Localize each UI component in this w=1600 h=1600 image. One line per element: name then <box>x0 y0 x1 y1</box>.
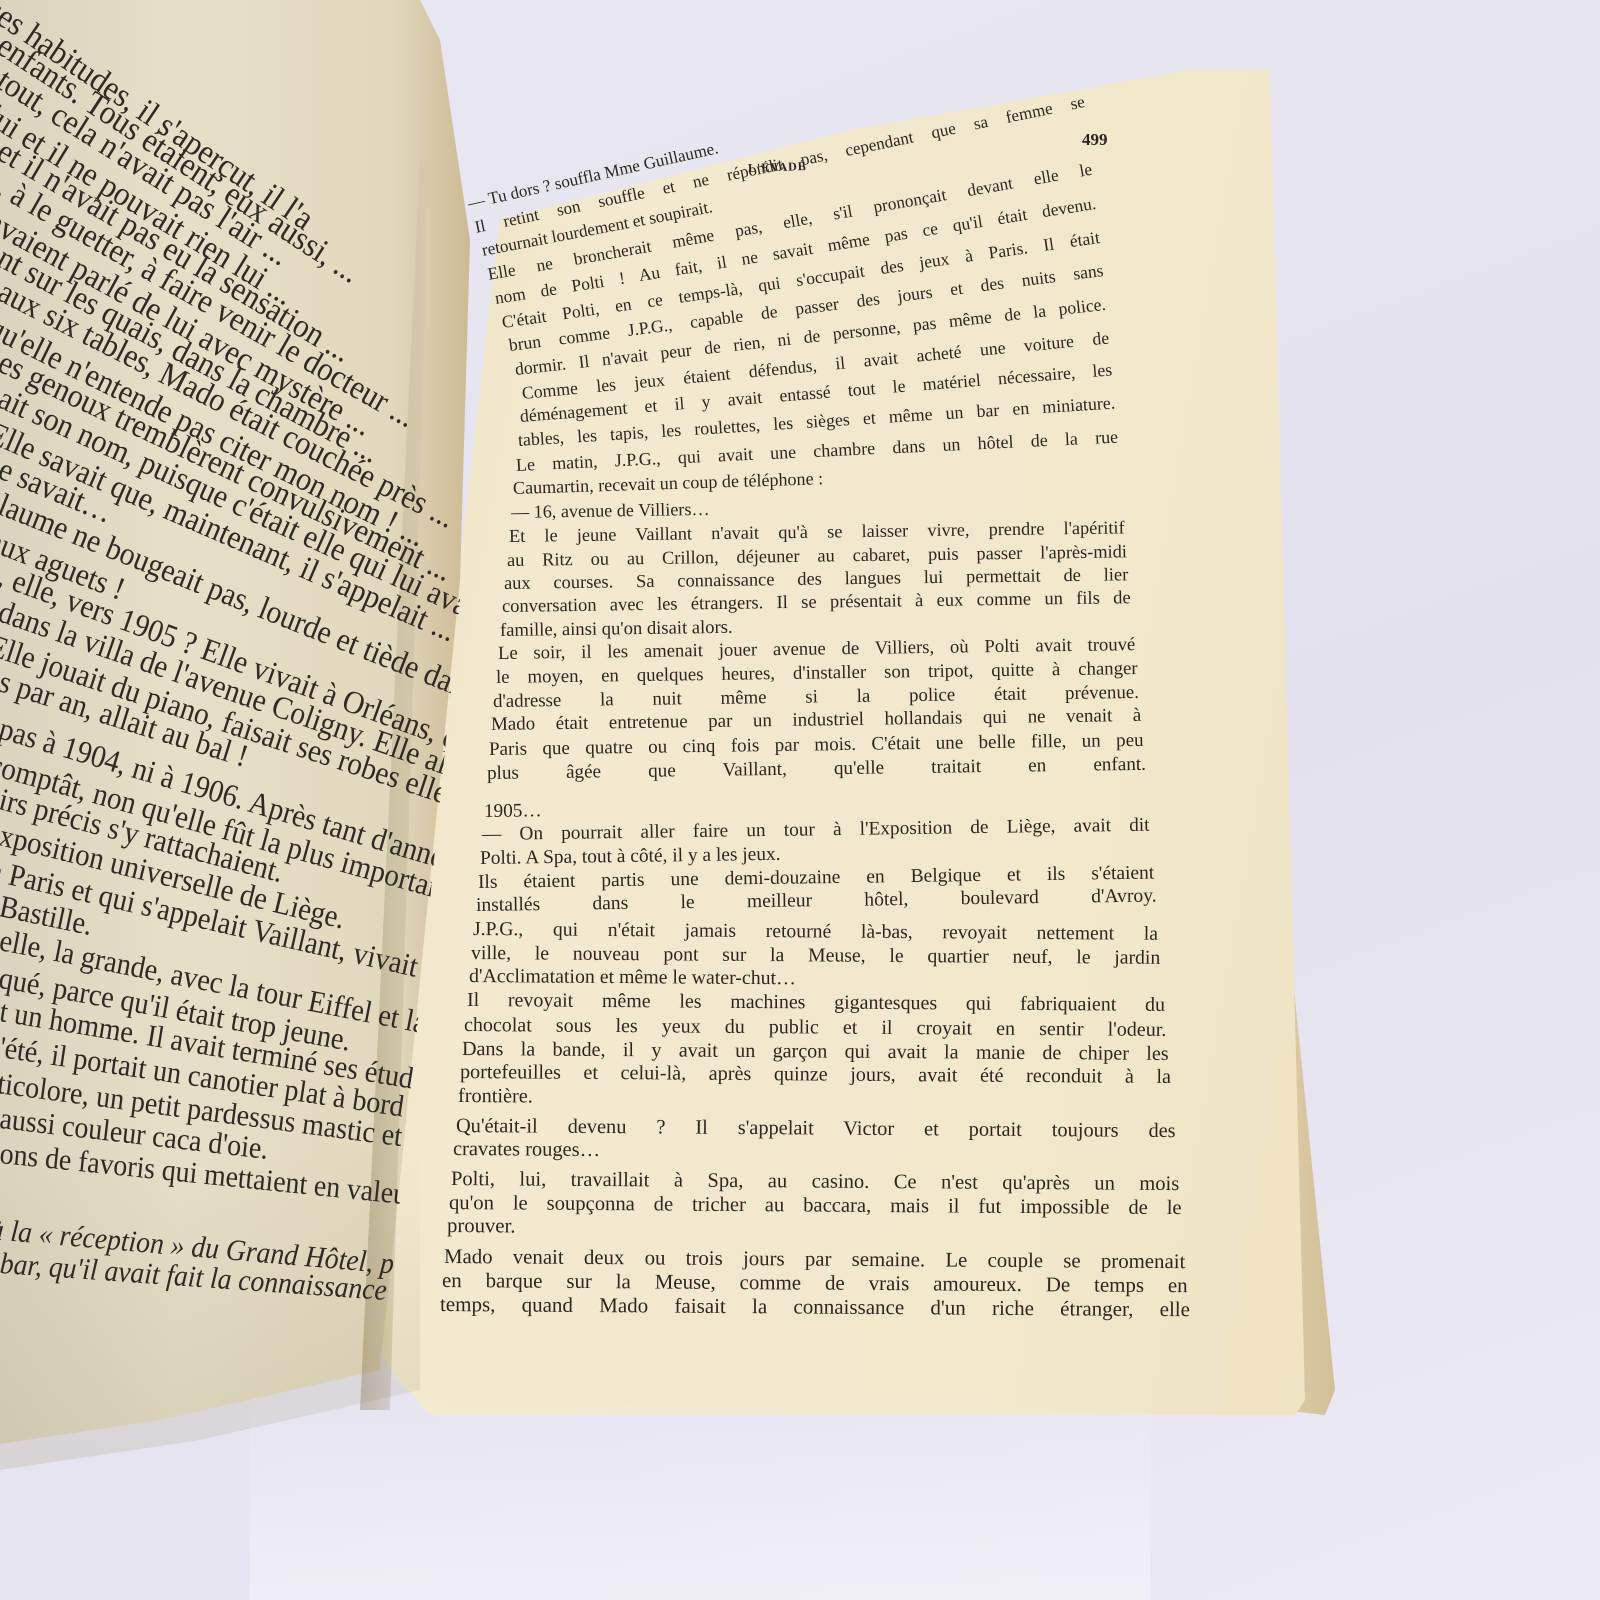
text-line: portefeuilles et celui-là, après quinze … <box>460 1062 1171 1087</box>
text-line: Qu'était-il devenu ? Il s'appelait Victo… <box>455 1116 1175 1141</box>
page-number: 499 <box>1082 130 1108 150</box>
text-line: famille, ainsi qu'on disait alors. <box>500 618 733 640</box>
text-line: 1905… <box>484 801 542 821</box>
text-line: temps, quand Mado faisait la connaissanc… <box>440 1294 1190 1320</box>
text-line: Dans la bande, il y avait un garçon qui … <box>462 1039 1169 1064</box>
text-line: prouver. <box>447 1216 516 1237</box>
text-line: chocolat sous les yeux du public et il c… <box>464 1015 1166 1040</box>
text-line: d'Acclimatation et même le water-chut… <box>469 967 796 989</box>
text-line: qu'on le soupçonna de tricher au baccara… <box>449 1193 1182 1219</box>
book-photo: 499 L'ÉVADÉ — Tu dors ? souffla Mme Guil… <box>0 0 1600 1600</box>
background-glare <box>250 1390 1150 1600</box>
text-line: Polti. A Spa, tout à côté, il y a les je… <box>480 845 781 869</box>
text-line: ville, le nouveau pont sur la Meuse, le … <box>471 944 1160 969</box>
text-line: cravates rouges… <box>453 1139 600 1160</box>
text-line: — 16, avenue de Villiers… <box>511 500 710 521</box>
text-line: frontière. <box>458 1086 533 1107</box>
